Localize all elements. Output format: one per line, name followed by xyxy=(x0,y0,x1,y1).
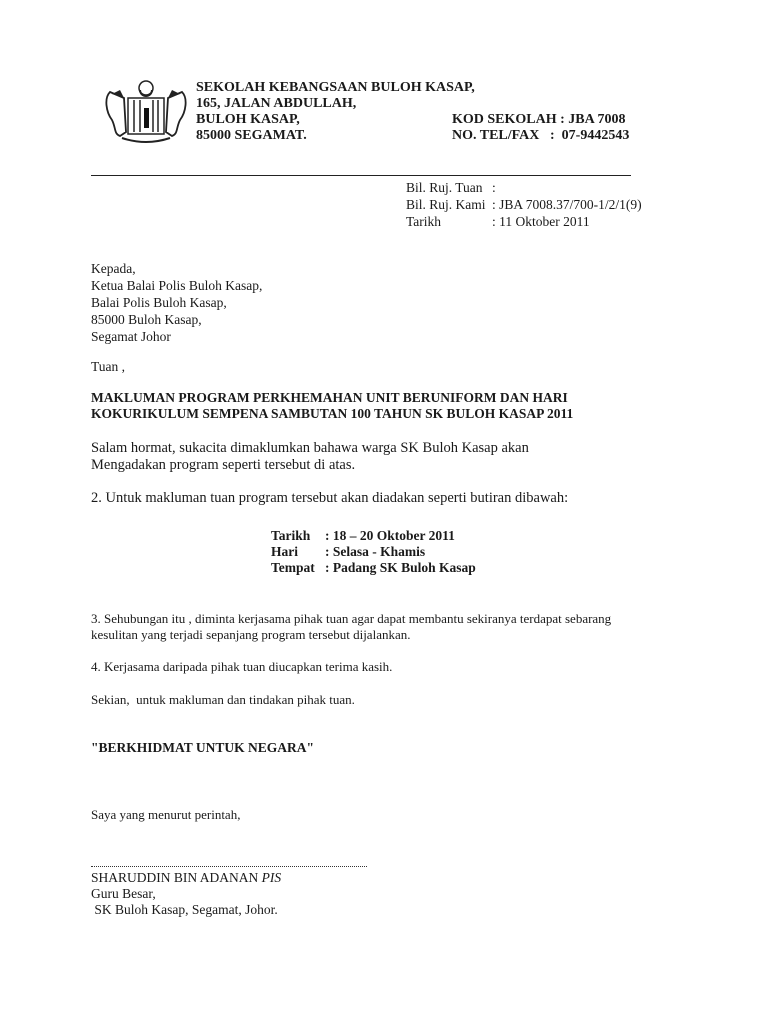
reference-row: Tarikh: 11 Oktober 2011 xyxy=(406,213,642,230)
signatory-school: SK Buloh Kasap, Segamat, Johor. xyxy=(91,901,278,918)
reference-row: Bil. Ruj. Tuan: xyxy=(406,179,642,196)
header-divider xyxy=(91,175,631,176)
subject-line-1: MAKLUMAN PROGRAM PERKHEMAHAN UNIT BERUNI… xyxy=(91,390,568,406)
tel-value: : 07-9442543 xyxy=(550,128,629,144)
malaysia-coat-of-arms-icon xyxy=(100,78,192,148)
paragraph-3-line-2: kesulitan yang terjadi sepanjang program… xyxy=(91,626,410,643)
detail-row: Tempat: Padang SK Buloh Kasap xyxy=(271,560,476,576)
school-name: SEKOLAH KEBANGSAAN BULOH KASAP, xyxy=(196,80,475,96)
paragraph-1-line-2: Mengadakan program seperti tersebut di a… xyxy=(91,457,355,474)
salutation: Tuan , xyxy=(91,358,125,375)
detail-row: Hari: Selasa - Khamis xyxy=(271,544,476,560)
subject-line-2: KOKURIKULUM SEMPENA SAMBUTAN 100 TAHUN S… xyxy=(91,406,573,422)
paragraph-1-line-1: Salam hormat, sukacita dimaklumkan bahaw… xyxy=(91,440,529,457)
motto: "BERKHIDMAT UNTUK NEGARA" xyxy=(91,740,314,756)
reference-row: Bil. Ruj. Kami: JBA 7008.37/700-1/2/1(9) xyxy=(406,196,642,213)
recipient-address: Kepada, Ketua Balai Polis Buloh Kasap, B… xyxy=(91,260,262,345)
signatory-name-line: SHARUDDIN BIN ADANAN PIS xyxy=(91,869,281,886)
signatory-title: Guru Besar, xyxy=(91,885,156,902)
school-code: KOD SEKOLAH : JBA 7008 xyxy=(452,112,625,128)
paragraph-4: 4. Kerjasama daripada pihak tuan diucapk… xyxy=(91,658,392,675)
reference-block: Bil. Ruj. Tuan: Bil. Ruj. Kami: JBA 7008… xyxy=(406,179,642,230)
address-line-3: 85000 SEGAMAT. xyxy=(196,128,307,144)
paragraph-3-line-1: 3. Sehubungan itu , diminta kerjasama pi… xyxy=(91,610,611,627)
event-details: Tarikh: 18 – 20 Oktober 2011 Hari: Selas… xyxy=(271,528,476,576)
paragraph-2: 2. Untuk makluman tuan program tersebut … xyxy=(91,490,568,507)
detail-row: Tarikh: 18 – 20 Oktober 2011 xyxy=(271,528,476,544)
tel-label: NO. TEL/FAX xyxy=(452,128,550,144)
signature-line xyxy=(91,866,367,867)
tel-fax: NO. TEL/FAX : 07-9442543 xyxy=(452,128,629,144)
address-line-1: 165, JALAN ABDULLAH, xyxy=(196,96,356,112)
signatory-name: SHARUDDIN BIN ADANAN xyxy=(91,870,258,885)
sign-intro: Saya yang menurut perintah, xyxy=(91,806,240,823)
signatory-honorific: PIS xyxy=(262,870,282,885)
closing: Sekian, untuk makluman dan tindakan piha… xyxy=(91,691,355,708)
address-line-2: BULOH KASAP, xyxy=(196,112,300,128)
